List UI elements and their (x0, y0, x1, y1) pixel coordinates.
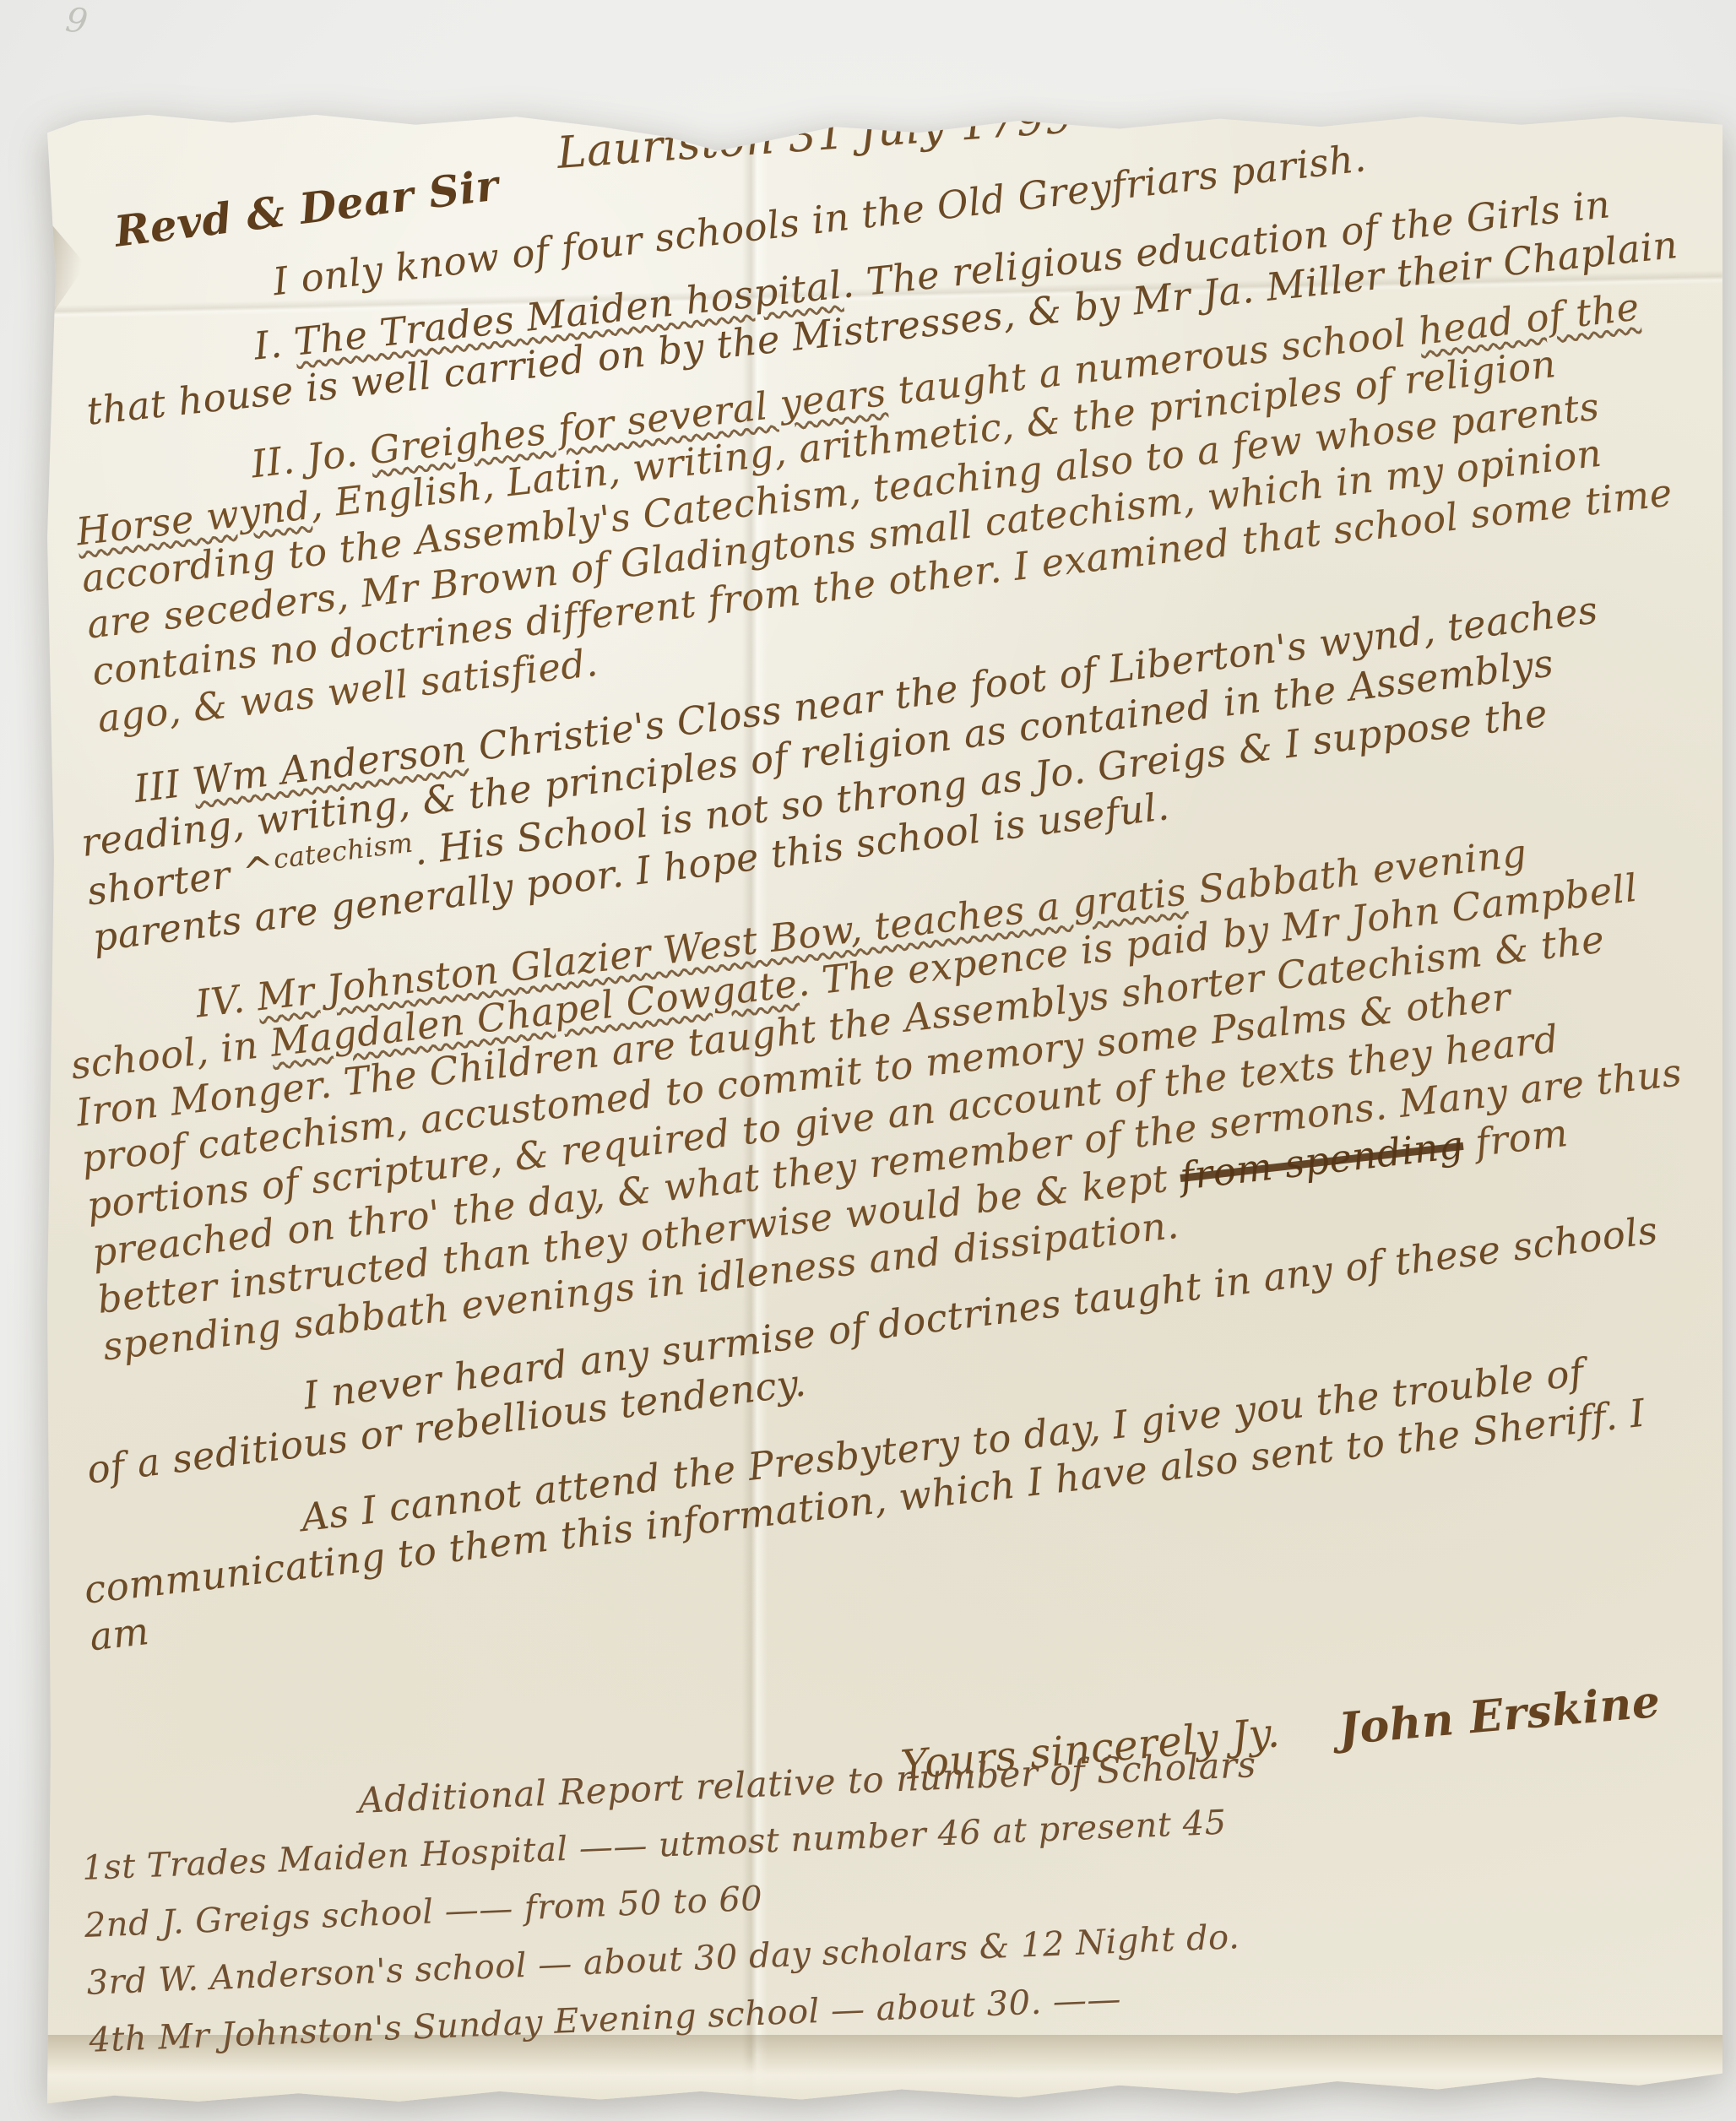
handwriting-text: III (132, 759, 196, 811)
corner-mark: 9 (63, 0, 90, 41)
letter-paper-wrap: Lauriston 31 July 1799 Revd & Dear Sir I… (47, 95, 1722, 2107)
postscript: Additional Report relative to number of … (79, 1726, 1689, 2064)
postscript-list: 1st Trades Maiden Hospital —— utmost num… (81, 1782, 1690, 2064)
photo-background: 9 Lauriston 31 July 1799 Revd & Dear Sir… (0, 0, 1736, 2121)
handwriting-text: IV. (193, 974, 260, 1026)
letter-paper: Lauriston 31 July 1799 Revd & Dear Sir I… (47, 95, 1722, 2107)
handwriting-text: I. (252, 320, 296, 369)
letter-content: Lauriston 31 July 1799 Revd & Dear Sir I… (84, 115, 1685, 2074)
